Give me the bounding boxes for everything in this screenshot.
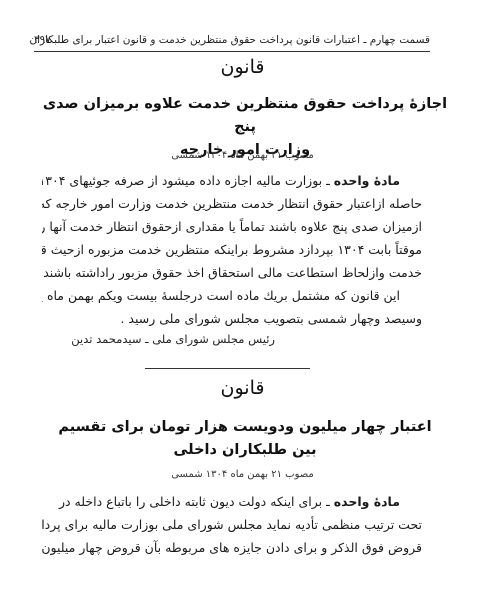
section-divider	[145, 368, 310, 369]
law1-closing-line-1: این قانون که مشتمل بریك ماده است درجلسهٔ…	[42, 284, 422, 307]
law1-article-line-3: ازمیزان صدی پنج علاوه باشند تماماً یا مق…	[42, 215, 422, 238]
law1-approved-date: مصوب ۲۱ بهمن ماه ۱۳۰۴ شمسی	[0, 149, 485, 163]
running-head: قسمت چهارم ـ اعتبارات قانون پرداخت حقوق …	[34, 33, 430, 47]
law2-title: اعتبار چهار میلیون ودویست هزار تومان برا…	[40, 416, 450, 462]
law1-title-line-1: اجازهٔ پرداخت حقوق منتظرین خدمت علاوه بر…	[40, 93, 450, 139]
law2-article: مادهٔ واحده ـ برای اینکه دولت دیون ثابته…	[42, 490, 422, 559]
law1-article-line-4: موقتاً بابت ۱۳۰۴ بپردازد مشروط براینکه م…	[42, 238, 422, 261]
law1-article-line-1-text: ـ بوزارت مالیه اجازه داده میشود از صرفه …	[42, 173, 334, 188]
law1-article-label: مادهٔ واحده	[334, 173, 400, 188]
header-rule	[34, 51, 430, 52]
law2-heading: قانون	[0, 376, 485, 400]
law2-article-line-1: مادهٔ واحده ـ برای اینکه دولت دیون ثابته…	[42, 490, 422, 513]
law2-approved-date: مصوب ۲۱ بهمن ماه ۱۳۰۴ شمسی	[0, 468, 485, 482]
law2-article-line-1-text: ـ برای اینکه دولت دیون ثابته داخلی را با…	[59, 494, 334, 509]
law2-article-line-3: قروض فوق الذکر و برای دادن جایزه های مرب…	[42, 536, 422, 559]
law2-article-label: مادهٔ واحده	[334, 494, 400, 509]
law2-article-line-2: تحت ترتیب منظمی تأدیه نماید مجلس شورای م…	[42, 513, 422, 536]
document-page: قسمت چهارم ـ اعتبارات قانون پرداخت حقوق …	[0, 0, 485, 599]
law1-article-line-2: حاصله ازاعتبار حقوق انتظار خدمت منتظرین …	[42, 192, 422, 215]
law1-closing-line-2: وسیصد وچهار شمسی بتصویب مجلس شورای ملی ر…	[42, 307, 422, 330]
law2-title-line-2: بین طلبکاران داخلی	[40, 439, 450, 462]
running-head-title: قسمت چهارم ـ اعتبارات قانون پرداخت حقوق …	[29, 34, 430, 46]
law1-article: مادهٔ واحده ـ بوزارت مالیه اجازه داده می…	[42, 169, 422, 330]
law1-article-line-5: خدمت وازلحاظ استطاعت مالی استحقاق اخذ حق…	[42, 261, 422, 284]
law1-article-line-1: مادهٔ واحده ـ بوزارت مالیه اجازه داده می…	[42, 169, 422, 192]
law2-title-line-1: اعتبار چهار میلیون ودویست هزار تومان برا…	[40, 416, 450, 439]
law1-heading: قانون	[0, 55, 485, 79]
law1-signature: رئیس مجلس شورای ملی ـ سیدمحمد تدین	[90, 331, 275, 347]
page-number: ۳۹۷	[34, 33, 51, 47]
